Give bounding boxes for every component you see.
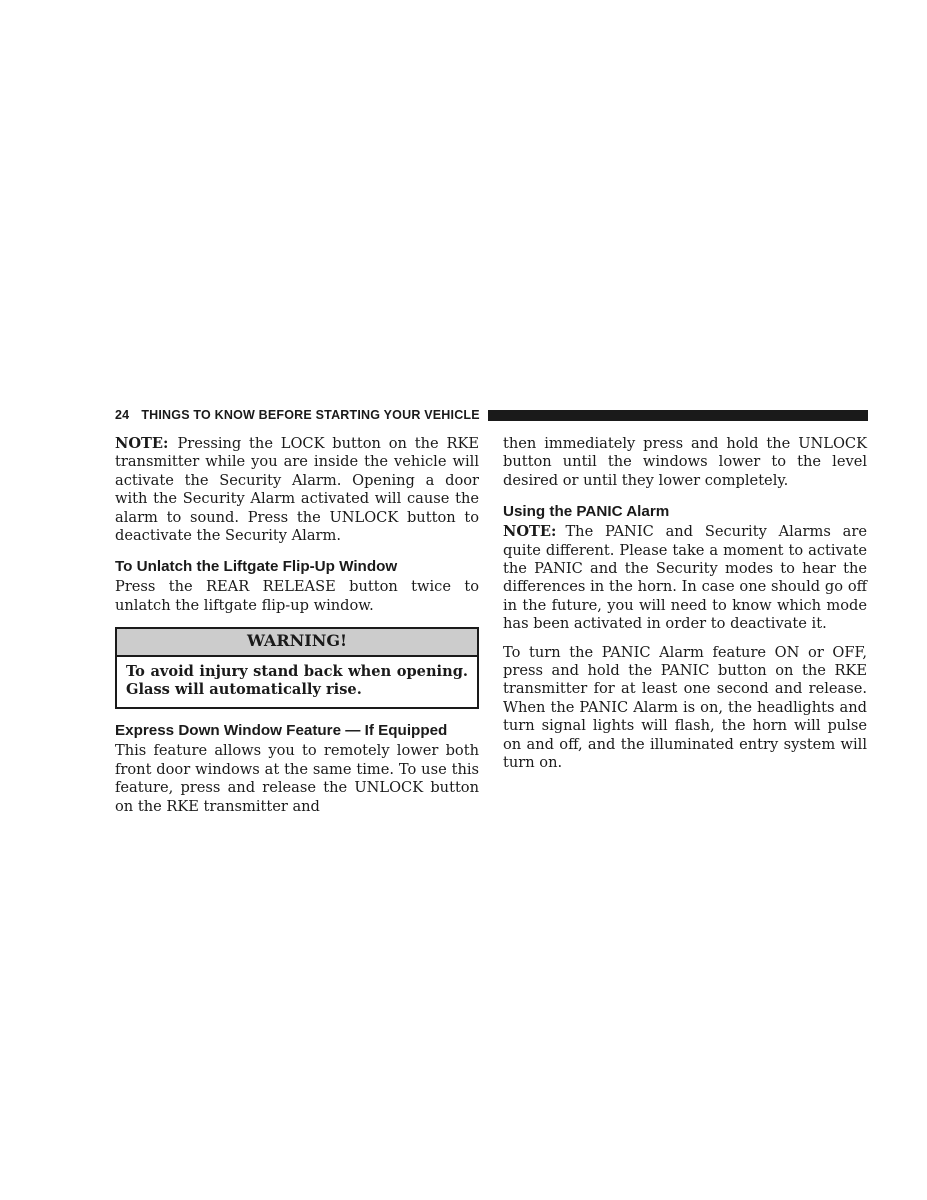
manual-page: 24 THINGS TO KNOW BEFORE STARTING YOUR V…: [0, 0, 927, 1200]
page-number: 24: [115, 408, 129, 422]
warning-body-text: To avoid injury stand back when opening.…: [117, 657, 477, 708]
header-bar-rule: [488, 410, 868, 421]
paragraph-unlatch-liftgate: Press the REAR RELEASE button twice to u…: [115, 578, 479, 615]
paragraph-continuation: then immediately press and hold the UNLO…: [503, 435, 867, 490]
note-text: Pressing the LOCK button on the RKE tran…: [115, 435, 479, 544]
warning-title: WARNING!: [117, 629, 477, 656]
heading-express-down-window: Express Down Window Feature — If Equippe…: [115, 722, 479, 740]
note-label: NOTE:: [503, 523, 556, 540]
heading-panic-alarm: Using the PANIC Alarm: [503, 503, 867, 521]
paragraph-express-down-window: This feature allows you to remotely lowe…: [115, 742, 479, 816]
page-content: 24 THINGS TO KNOW BEFORE STARTING YOUR V…: [115, 408, 868, 826]
chapter-title: THINGS TO KNOW BEFORE STARTING YOUR VEHI…: [141, 408, 479, 422]
note-label: NOTE:: [115, 435, 168, 452]
right-column: then immediately press and hold the UNLO…: [503, 435, 867, 826]
note-paragraph: NOTE:Pressing the LOCK button on the RKE…: [115, 435, 479, 545]
paragraph-panic-alarm: To turn the PANIC Alarm feature ON or OF…: [503, 644, 867, 773]
left-column: NOTE:Pressing the LOCK button on the RKE…: [115, 435, 479, 826]
two-column-layout: NOTE:Pressing the LOCK button on the RKE…: [115, 435, 868, 826]
note-paragraph: NOTE:The PANIC and Security Alarms are q…: [503, 523, 867, 633]
running-header: 24 THINGS TO KNOW BEFORE STARTING YOUR V…: [115, 408, 868, 422]
warning-box: WARNING! To avoid injury stand back when…: [115, 627, 479, 709]
note-text: The PANIC and Security Alarms are quite …: [503, 523, 867, 632]
heading-unlatch-liftgate: To Unlatch the Liftgate Flip-Up Window: [115, 558, 479, 576]
